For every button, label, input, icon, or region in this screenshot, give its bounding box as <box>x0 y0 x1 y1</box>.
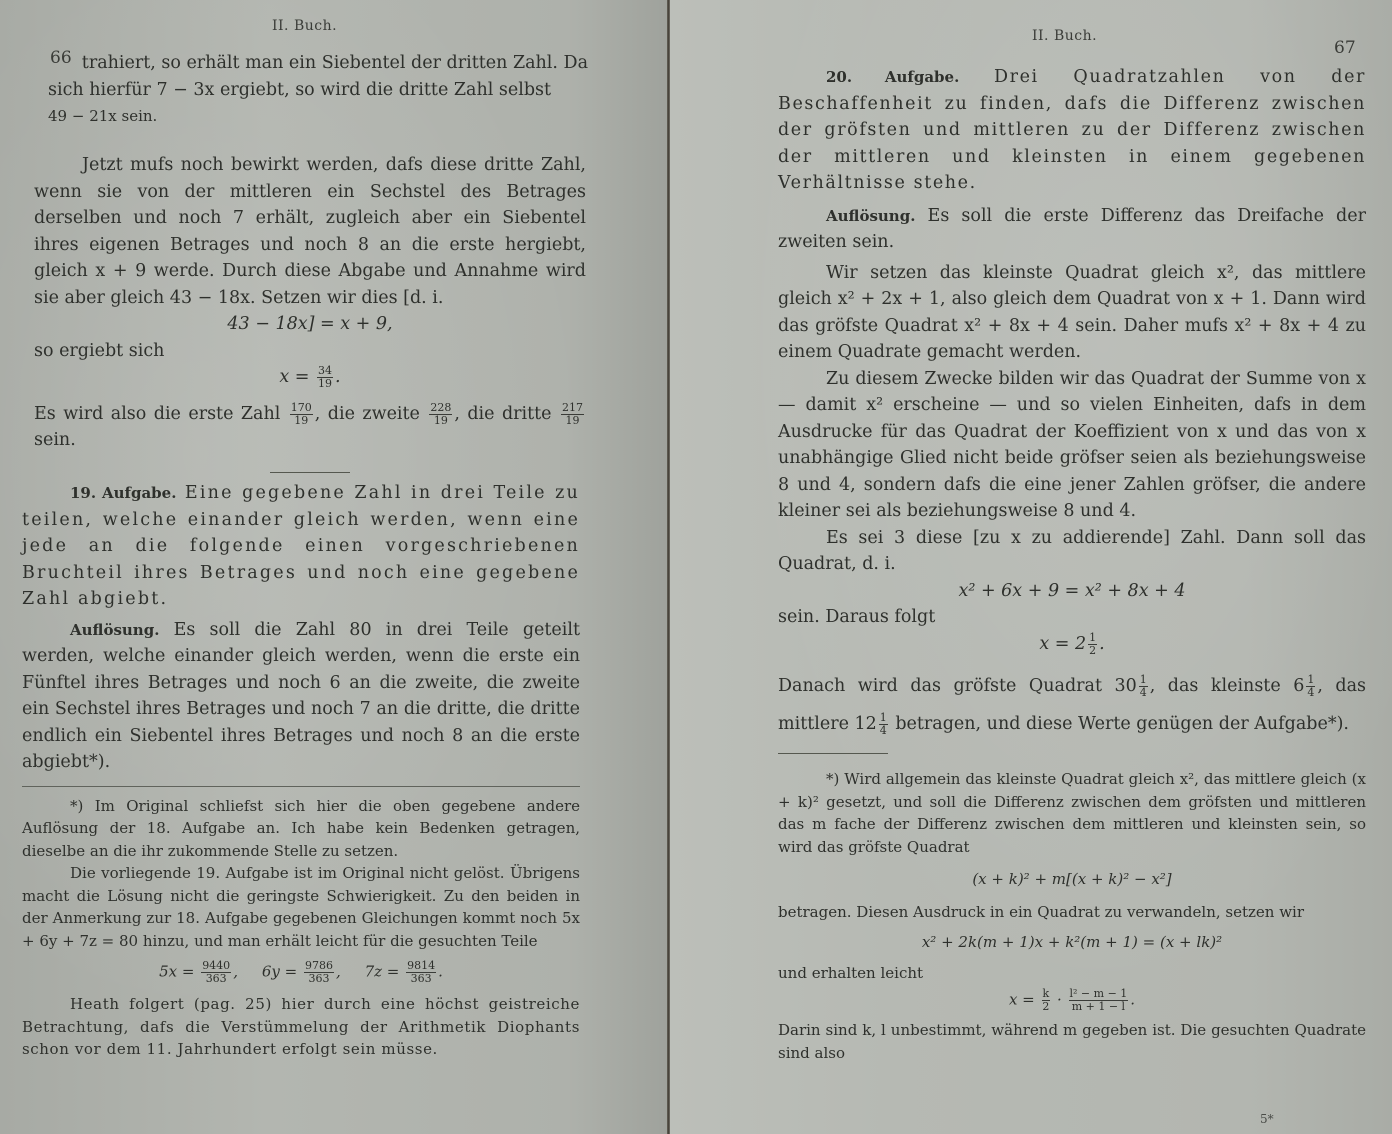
problem-19: 19. Aufgabe. Eine gegebene Zahl in drei … <box>22 480 580 1061</box>
equation: x = 212. <box>778 631 1366 658</box>
equation: x = k2 · l² − m − 1m + 1 − l. <box>778 988 1366 1013</box>
running-head: II. Buch. <box>1032 28 1097 44</box>
paragraph-text: sein. Daraus folgt <box>778 604 1366 631</box>
footnote: *) Im Original schliefst sich hier die o… <box>22 795 580 1061</box>
equation: x² + 6x + 9 = x² + 8x + 4 <box>778 578 1366 605</box>
fraction: 21719 <box>561 402 584 427</box>
footnote-rule <box>22 786 580 787</box>
solution-text: Auflösung. Es soll die erste Differenz d… <box>778 203 1366 256</box>
continuation-line-1: trahiert, so erhält man ein Siebentel de… <box>48 50 588 77</box>
footnote: *) Wird allgemein das kleinste Quadrat g… <box>778 768 1366 1064</box>
paragraph-text: Wir setzen das kleinste Quadrat gleich x… <box>778 260 1366 366</box>
right-page: II. Buch. 67 20. Aufgabe. Drei Quadratza… <box>670 0 1392 1134</box>
continuation-line-3: 49 − 21x sein. <box>48 103 588 130</box>
signature-mark: 5* <box>1260 1112 1274 1126</box>
fraction: 22819 <box>429 402 452 427</box>
result-line: Danach wird das gröfste Quadrat 3014, da… <box>778 667 1366 743</box>
equation: x = 3419. <box>34 364 586 391</box>
continuation-line-2: sich hierfür 7 − 3x ergiebt, so wird die… <box>48 77 588 104</box>
running-head: II. Buch. <box>272 18 337 34</box>
problem-20: 20. Aufgabe. Drei Quadratzahlen von der … <box>778 64 1366 1064</box>
paragraph-text: Jetzt mufs noch bewirkt werden, dafs die… <box>34 152 586 311</box>
paragraph: Jetzt mufs noch bewirkt werden, dafs die… <box>34 152 586 503</box>
solution-label: Auflösung. <box>70 621 159 639</box>
paragraph-text: Zu diesem Zwecke bilden wir das Quadrat … <box>778 366 1366 525</box>
fraction: 3419 <box>317 365 333 390</box>
problem-label: 20. Aufgabe. <box>826 68 959 86</box>
fraction: 17019 <box>290 402 313 427</box>
problem-statement: 19. Aufgabe. Eine gegebene Zahl in drei … <box>22 480 580 613</box>
solution-text: Auflösung. Es soll die Zahl 80 in drei T… <box>22 617 580 776</box>
paragraph-text: so ergiebt sich <box>34 338 586 365</box>
footnote-rule <box>778 753 888 754</box>
equation: 43 − 18x] = x + 9, <box>34 311 586 338</box>
continuation-text: trahiert, so erhält man ein Siebentel de… <box>48 50 588 130</box>
section-divider <box>270 472 350 473</box>
footnote-equations: 5x = 9440363, 6y = 9786363, 7z = 9814363… <box>22 960 580 985</box>
solution-label: Auflösung. <box>826 207 915 225</box>
problem-label: 19. Aufgabe. <box>70 484 176 502</box>
problem-statement: 20. Aufgabe. Drei Quadratzahlen von der … <box>778 64 1366 197</box>
result-line: Es wird also die erste Zahl 17019, die z… <box>34 401 586 454</box>
left-page: II. Buch. 66 trahiert, so erhält man ein… <box>0 0 668 1134</box>
paragraph-text: Es sei 3 diese [zu x zu addierende] Zahl… <box>778 525 1366 578</box>
page-number: 67 <box>1334 38 1356 58</box>
